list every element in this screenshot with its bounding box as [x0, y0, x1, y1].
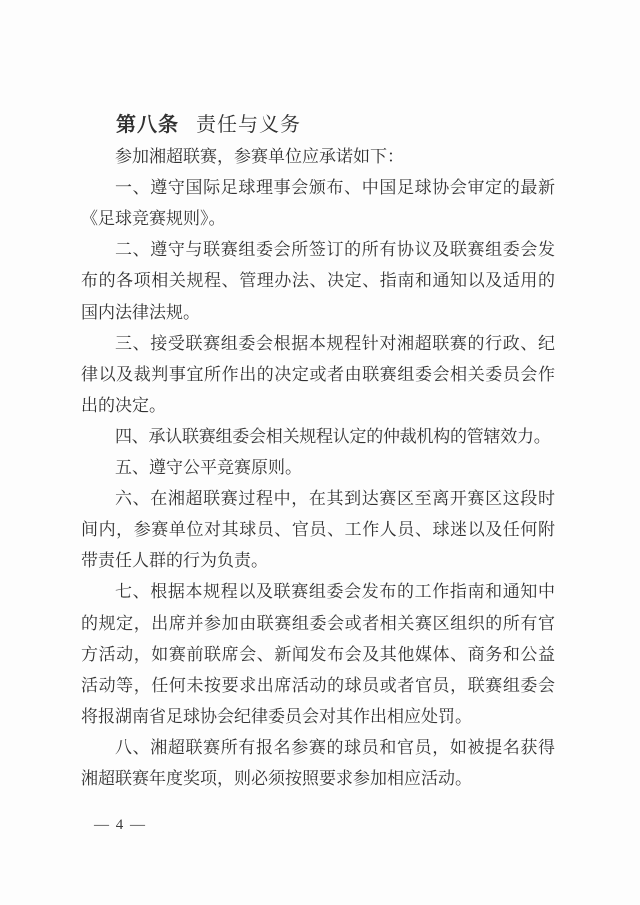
section-number: 第八条 [116, 114, 179, 136]
clause-3: 三、接受联赛组委会根据本规程针对湘超联赛的行政、纪律以及裁判事宜所作出的决定或者… [81, 328, 555, 421]
clause-7: 七、根据本规程以及联赛组委会发布的工作指南和通知中的规定，出席并参加由联赛组委会… [81, 576, 555, 731]
clause-6: 六、在湘超联赛过程中，在其到达赛区至离开赛区这段时间内，参赛单位对其球员、官员、… [81, 483, 555, 576]
clause-1: 一、遵守国际足球理事会颁布、中国足球协会审定的最新《足球竞赛规则》。 [81, 172, 555, 234]
clause-5: 五、遵守公平竞赛原则。 [81, 452, 555, 483]
clause-2: 二、遵守与联赛组委会所签订的所有协议及联赛组委会发布的各项相关规程、管理办法、决… [81, 234, 555, 327]
clause-4: 四、承认联赛组委会相关规程认定的仲裁机构的管辖效力。 [81, 421, 555, 452]
clause-8: 八、湘超联赛所有报名参赛的球员和官员，如被提名获得湘超联赛年度奖项，则必须按照要… [81, 732, 555, 794]
section-heading: 第八条责任与义务 [81, 110, 555, 141]
document-body: 第八条责任与义务 参加湘超联赛，参赛单位应承诺如下： 一、遵守国际足球理事会颁布… [81, 110, 555, 794]
page-number: — 4 — [94, 817, 147, 834]
document-page: 第八条责任与义务 参加湘超联赛，参赛单位应承诺如下： 一、遵守国际足球理事会颁布… [0, 0, 640, 905]
paragraph-intro: 参加湘超联赛，参赛单位应承诺如下： [81, 141, 555, 172]
section-title: 责任与义务 [196, 114, 301, 136]
